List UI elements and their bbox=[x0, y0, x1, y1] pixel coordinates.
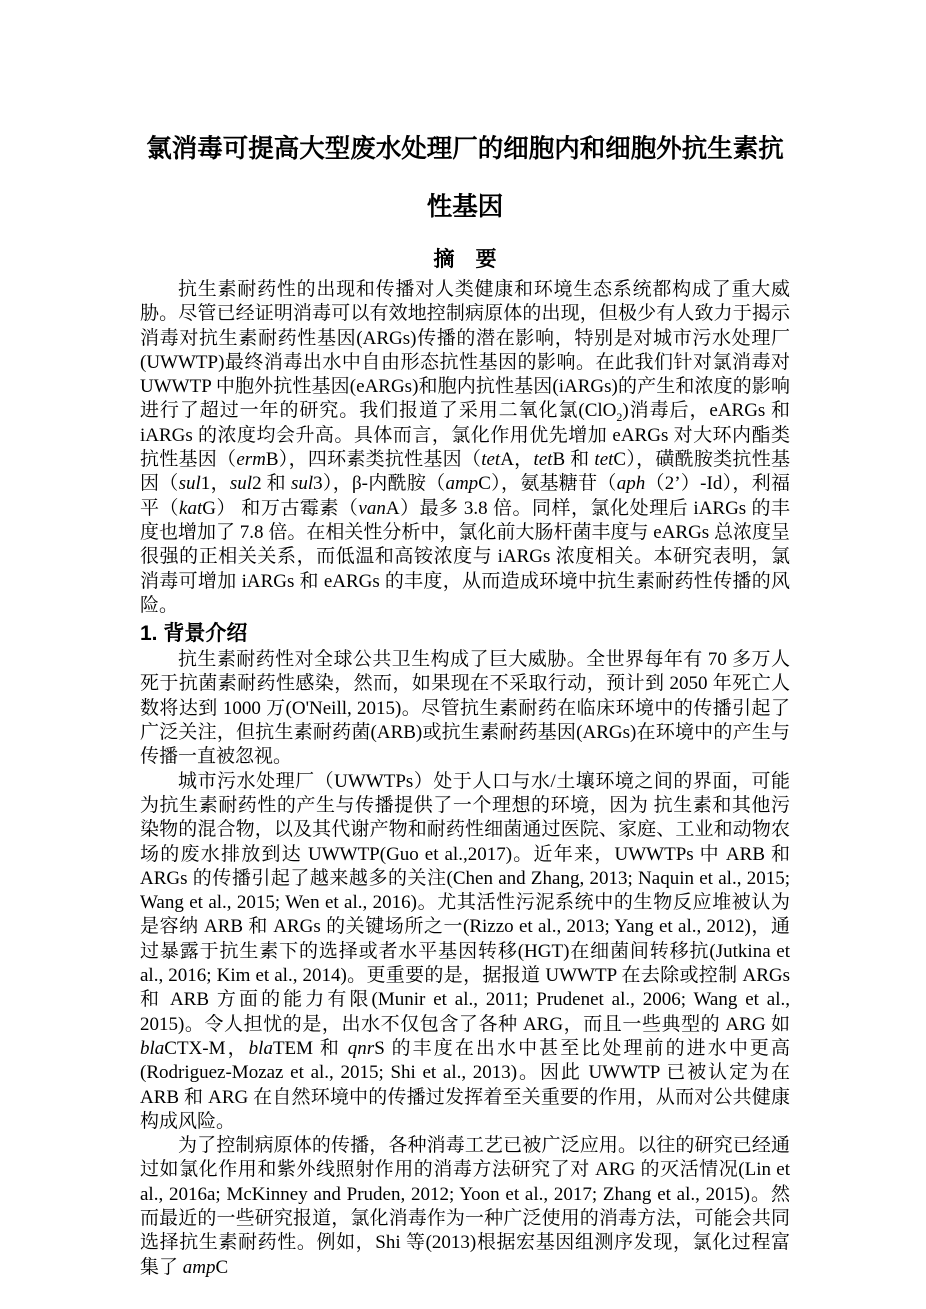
section-1-heading: 1. 背景介绍 bbox=[140, 620, 790, 648]
page-title: 氯消毒可提高大型废水处理厂的细胞内和细胞外抗生素抗性基因 bbox=[140, 120, 790, 236]
document-content: 氯消毒可提高大型废水处理厂的细胞内和细胞外抗生素抗性基因 摘 要 抗生素耐药性的… bbox=[140, 0, 790, 1280]
section-1-paragraph-2: 城市污水处理厂（UWWTPs）处于人口与水/土壤环境之间的界面，可能为抗生素耐药… bbox=[140, 770, 790, 1134]
abstract-paragraph: 抗生素耐药性的出现和传播对人类健康和环境生态系统都构成了重大威胁。尽管已经证明消… bbox=[140, 278, 790, 618]
abstract-heading: 摘 要 bbox=[140, 244, 790, 276]
document-page: 氯消毒可提高大型废水处理厂的细胞内和细胞外抗生素抗性基因 摘 要 抗生素耐药性的… bbox=[0, 0, 926, 1309]
section-1-paragraph-1: 抗生素耐药性对全球公共卫生构成了巨大威胁。全世界每年有 70 多万人死于抗菌素耐… bbox=[140, 648, 790, 769]
section-1-paragraph-3: 为了控制病原体的传播，各种消毒工艺已被广泛应用。以往的研究已经通过如氯化作用和紫… bbox=[140, 1134, 790, 1280]
